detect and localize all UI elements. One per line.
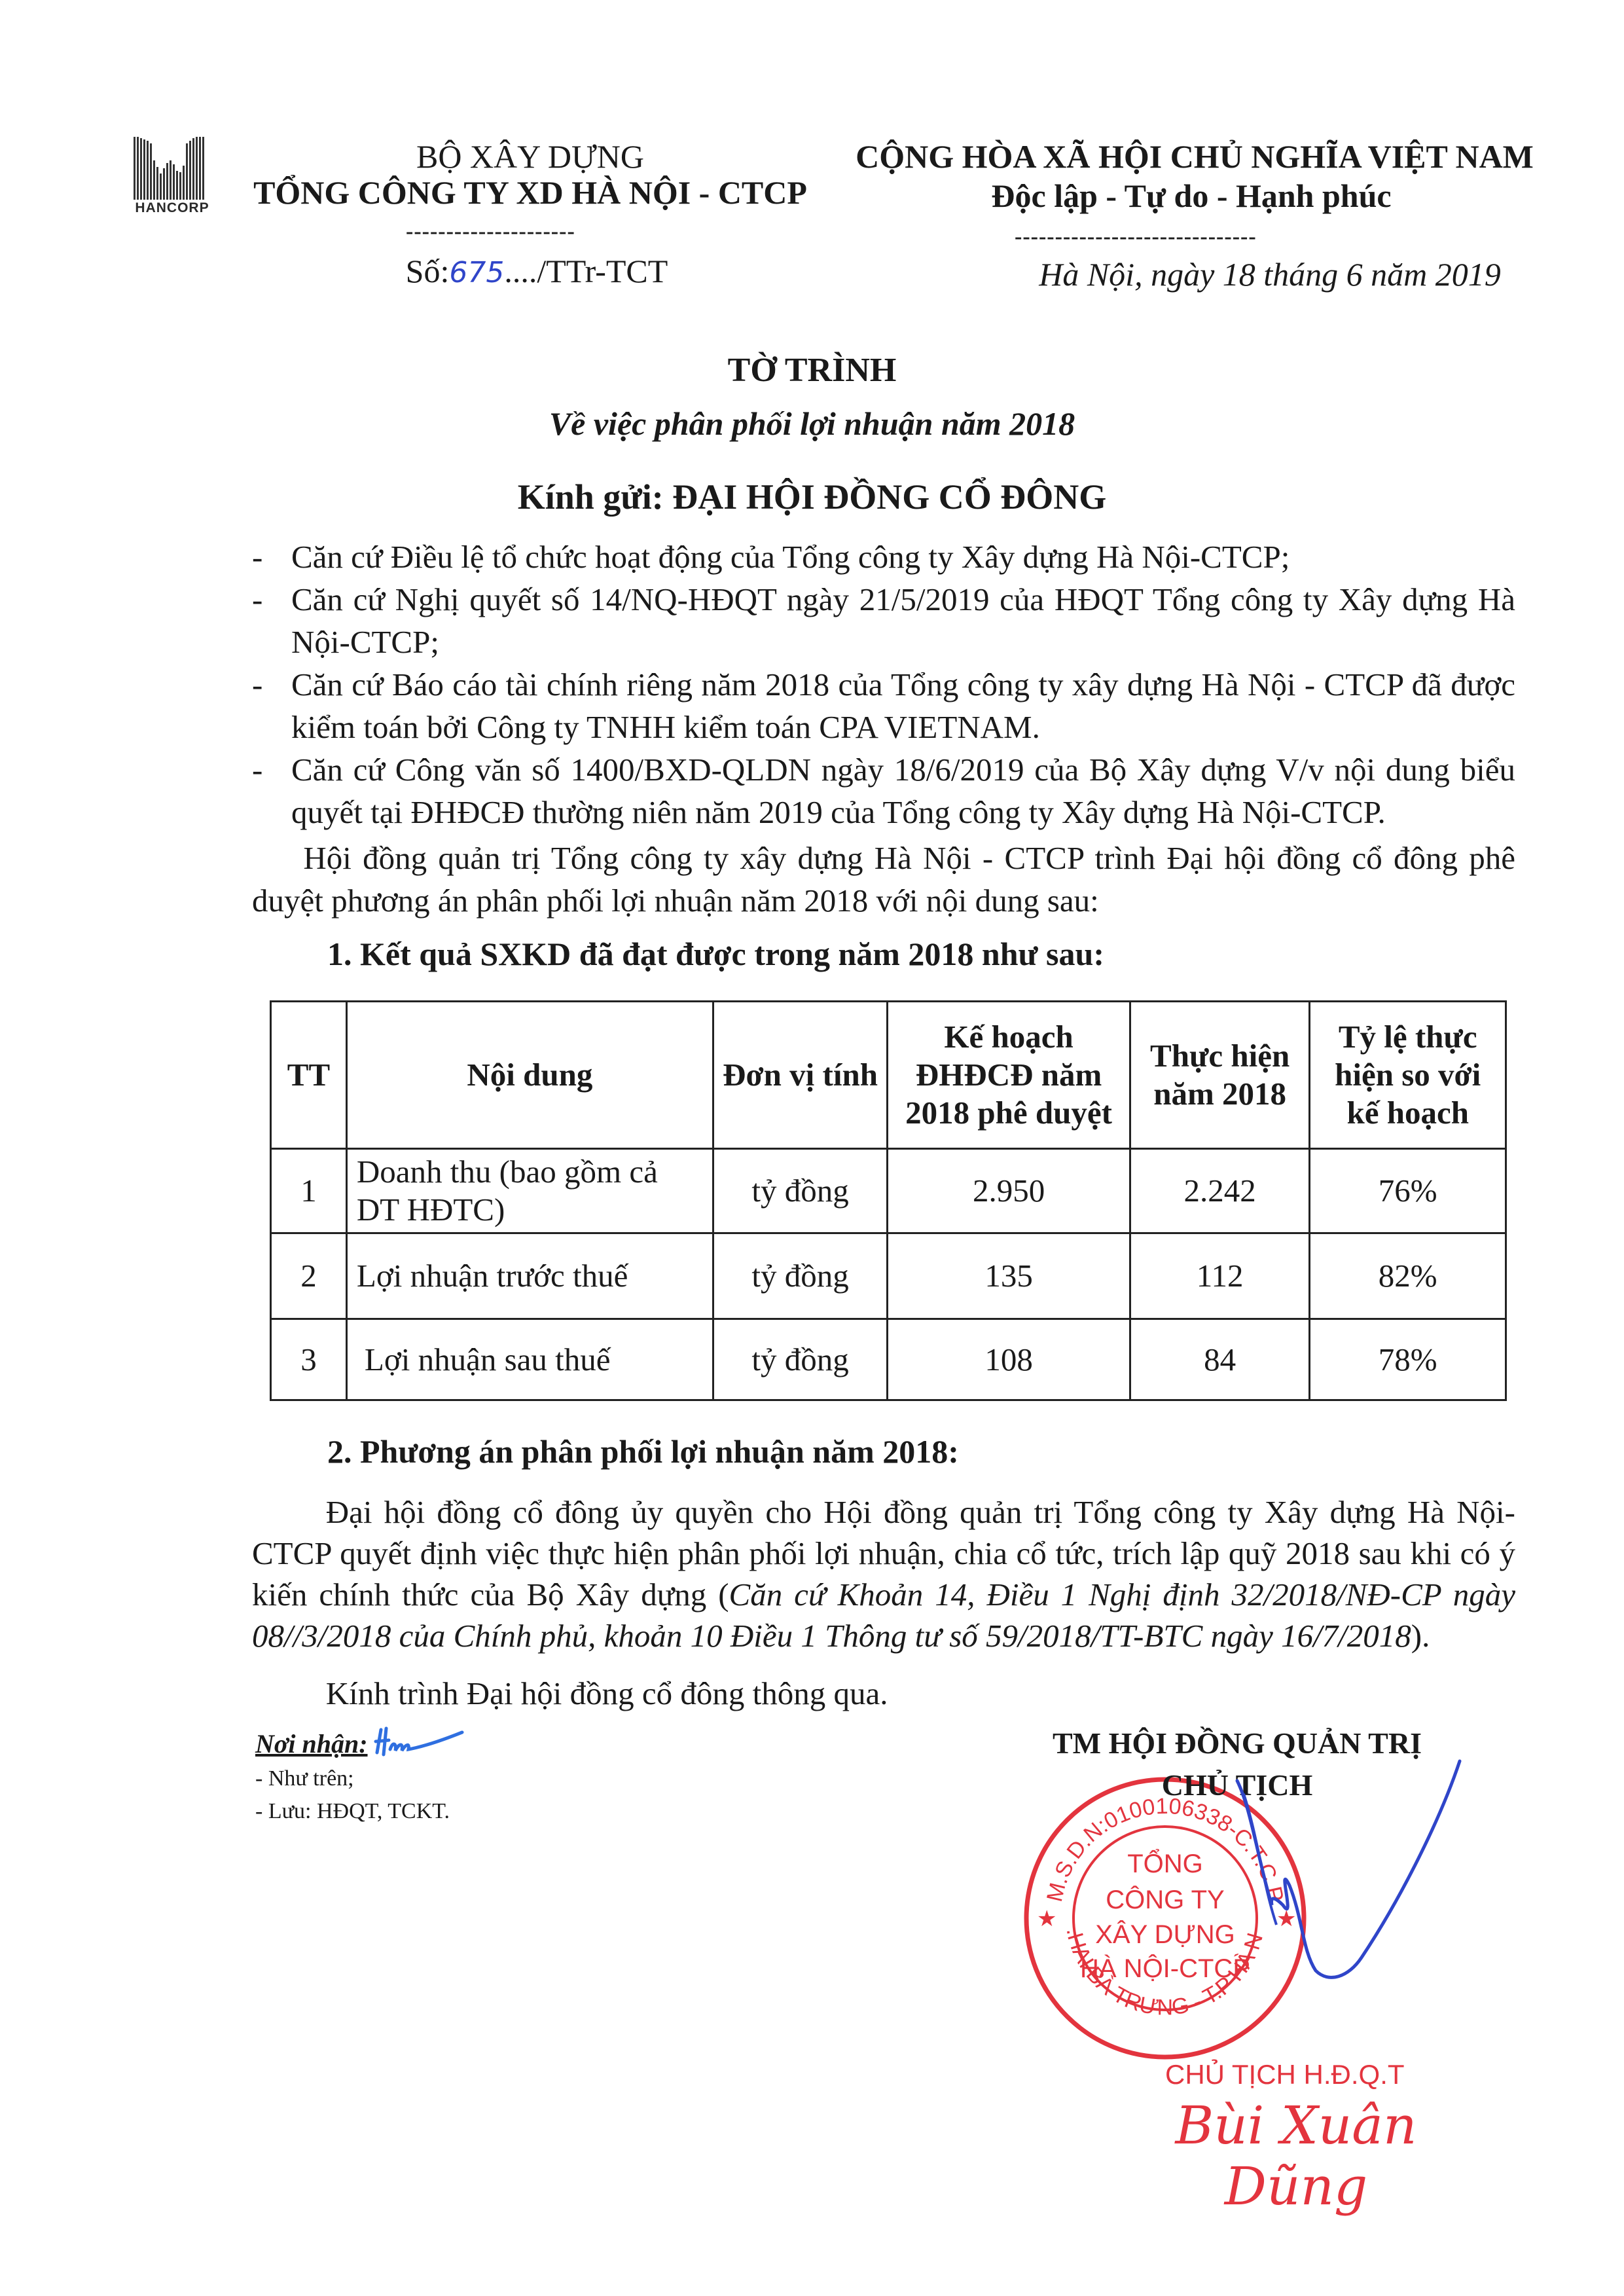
intro-paragraph: Hội đồng quản trị Tổng công ty xây dựng … — [252, 837, 1515, 922]
cell-tt: 2 — [271, 1233, 347, 1319]
authority-paragraph: Đại hội đồng cổ đông ủy quyền cho Hội đồ… — [252, 1491, 1515, 1656]
legal-bases-list: -Căn cứ Điều lệ tổ chức hoạt động của Tổ… — [252, 536, 1515, 833]
legal-basis-item: -Căn cứ Báo cáo tài chính riêng năm 2018… — [252, 663, 1515, 748]
cell-plan: 108 — [888, 1319, 1130, 1400]
header-divider-right: ------------------------------ — [1015, 225, 1362, 249]
doc-number-handwritten: 675 — [449, 256, 504, 289]
section-2-heading: 2. Phương án phân phối lợi nhuận năm 201… — [252, 1432, 1591, 1470]
col-header-content: Nội dung — [346, 1002, 713, 1149]
legal-basis-item: -Căn cứ Điều lệ tổ chức hoạt động của Tổ… — [252, 536, 1515, 578]
national-motto: Độc lập - Tự do - Hạnh phúc — [897, 177, 1486, 215]
cell-plan: 135 — [888, 1233, 1130, 1319]
svg-text:TỔNG: TỔNG — [1127, 1848, 1203, 1878]
recipient-line: Kính gửi: ĐẠI HỘI ĐỒNG CỔ ĐÔNG — [0, 477, 1624, 517]
signer-name: Bùi Xuân Dũng — [1113, 2095, 1479, 2217]
ministry-name: BỘ XÂY DỰNG — [262, 137, 799, 175]
col-header-tt: TT — [271, 1002, 347, 1149]
legal-basis-item: -Căn cứ Công văn số 1400/BXD-QLDN ngày 1… — [252, 748, 1515, 833]
national-title: CỘNG HÒA XÃ HỘI CHỦ NGHĨA VIỆT NAM — [831, 137, 1558, 175]
col-header-plan: Kế hoạch ĐHĐCĐ năm 2018 phê duyệt — [888, 1002, 1130, 1149]
cell-tt: 1 — [271, 1149, 347, 1233]
bullet-dash: - — [252, 578, 262, 621]
recipients-label: Nơi nhận: — [255, 1728, 368, 1759]
legal-basis-item: -Căn cứ Nghị quyết số 14/NQ-HĐQT ngày 21… — [252, 578, 1515, 663]
document-subtitle: Về việc phân phối lợi nhuận năm 2018 — [0, 405, 1624, 443]
bullet-dash: - — [252, 536, 262, 578]
table-header-row: TT Nội dung Đơn vị tính Kế hoạch ĐHĐCĐ n… — [271, 1002, 1506, 1149]
svg-text:CÔNG TY: CÔNG TY — [1106, 1885, 1225, 1914]
cell-ratio: 78% — [1310, 1319, 1506, 1400]
col-header-actual: Thực hiện năm 2018 — [1130, 1002, 1310, 1149]
recipient-item: - Như trên; — [255, 1766, 354, 1791]
cell-actual: 112 — [1130, 1233, 1310, 1319]
cell-unit: tỷ đồng — [713, 1233, 888, 1319]
cell-plan: 2.950 — [888, 1149, 1130, 1233]
document-number: Số:675..../TTr-TCT — [367, 252, 707, 290]
initials-signature-icon — [370, 1723, 469, 1762]
closing-line: Kính trình Đại hội đồng cổ đông thông qu… — [252, 1675, 1589, 1712]
cell-content: Lợi nhuận trước thuế — [346, 1233, 713, 1319]
cell-unit: tỷ đồng — [713, 1149, 888, 1233]
doc-number-suffix: ..../TTr-TCT — [504, 253, 668, 289]
cell-content: Doanh thu (bao gồm cả DT HĐTC) — [346, 1149, 713, 1233]
company-name: TỔNG CÔNG TY XD HÀ NỘI - CTCP — [236, 173, 825, 211]
table-row: 3 Lợi nhuận sau thuế tỷ đồng 108 84 78% — [271, 1319, 1506, 1400]
header-divider-left: --------------------- — [406, 219, 655, 244]
cell-ratio: 76% — [1310, 1149, 1506, 1233]
cell-content: Lợi nhuận sau thuế — [346, 1319, 713, 1400]
cell-actual: 2.242 — [1130, 1149, 1310, 1233]
logo-text: HANCORP — [128, 200, 216, 216]
document-date: Hà Nội, ngày 18 tháng 6 năm 2019 — [975, 255, 1564, 293]
recipient-item: - Lưu: HĐQT, TCKT. — [255, 1799, 450, 1824]
bullet-dash: - — [252, 663, 262, 706]
svg-text:★: ★ — [1037, 1907, 1056, 1931]
cell-unit: tỷ đồng — [713, 1319, 888, 1400]
svg-text:XÂY DỰNG: XÂY DỰNG — [1095, 1920, 1235, 1949]
svg-text:HÀ NỘI-CTCP: HÀ NỘI-CTCP — [1080, 1954, 1250, 1983]
cell-tt: 3 — [271, 1319, 347, 1400]
section-1-heading: 1. Kết quả SXKD đã đạt được trong năm 20… — [252, 935, 1591, 973]
cell-ratio: 82% — [1310, 1233, 1506, 1319]
col-header-unit: Đơn vị tính — [713, 1002, 888, 1149]
table-row: 1 Doanh thu (bao gồm cả DT HĐTC) tỷ đồng… — [271, 1149, 1506, 1233]
table-row: 2 Lợi nhuận trước thuế tỷ đồng 135 112 8… — [271, 1233, 1506, 1319]
document-title: TỜ TRÌNH — [0, 351, 1624, 390]
bullet-dash: - — [252, 748, 262, 791]
business-results-table: TT Nội dung Đơn vị tính Kế hoạch ĐHĐCĐ n… — [270, 1000, 1507, 1401]
seal-signer-role: CHỦ TỊCH H.Đ.Q.T — [1165, 2059, 1405, 2090]
cell-actual: 84 — [1130, 1319, 1310, 1400]
col-header-ratio: Tỷ lệ thực hiện so với kế hoạch — [1310, 1002, 1506, 1149]
doc-number-prefix: Số: — [406, 253, 450, 289]
handwritten-signature-icon — [1231, 1755, 1466, 2016]
